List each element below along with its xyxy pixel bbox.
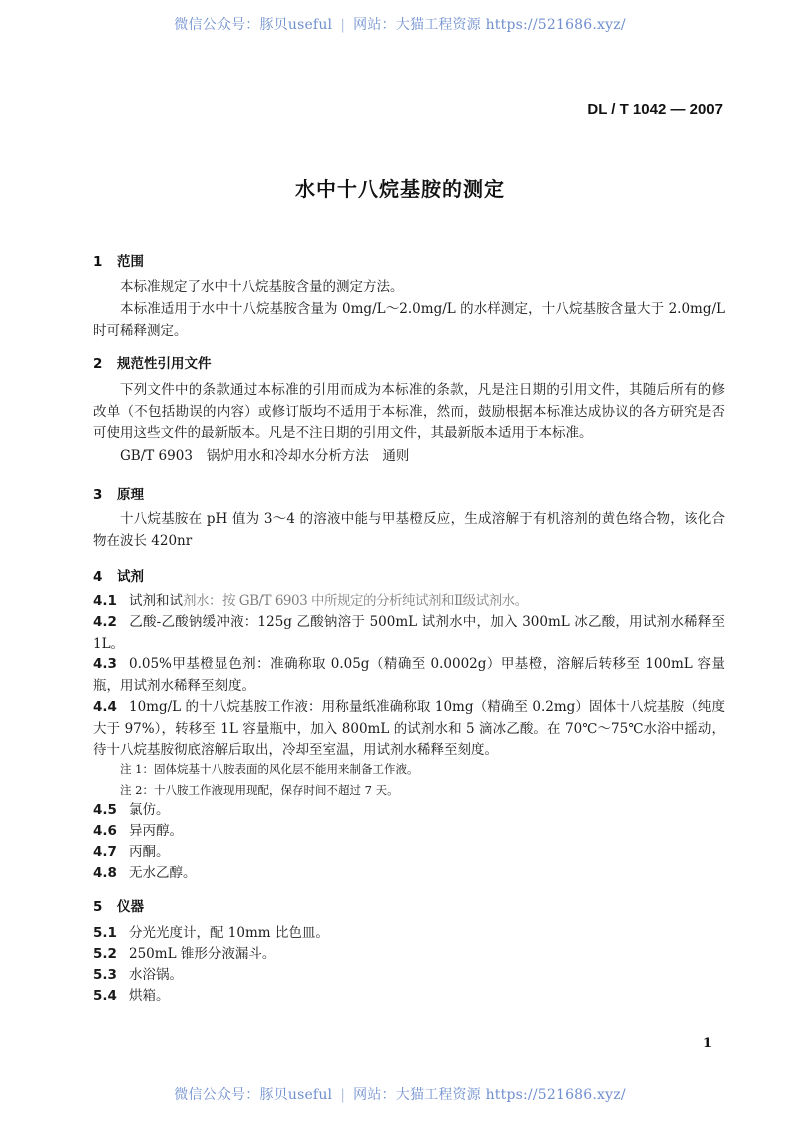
item-text: 250mL 锥形分液漏斗。 [129,946,275,962]
list-item-4-5: 4.5氯仿。 [93,800,725,822]
watermark-separator: | [340,1087,345,1103]
item-text: 丙酮。 [129,844,170,860]
section-number: 3 [93,487,117,503]
paragraph: 十八烷基胺在 pH 值为 3～4 的溶液中能与甲基橙反应，生成溶解于有机溶剂的黄… [93,509,725,552]
list-item-4-7: 4.7丙酮。 [93,842,725,864]
list-item-5-3: 5.3水浴锅。 [93,965,725,987]
section-number: 2 [93,356,117,372]
item-text: 无水乙醇。 [129,865,197,881]
note-2: 注 2：十八胺工作液现用现配，保存时间不超过 7 天。 [120,782,399,798]
watermark-left-text: 微信公众号：豚贝useful [174,17,332,33]
watermark-left-text: 微信公众号：豚贝useful [174,1087,332,1103]
page-number: 1 [703,1036,712,1051]
item-number: 4.3 [93,654,129,676]
item-number: 4.2 [93,612,129,634]
list-item-5-4: 5.4烘箱。 [93,986,725,1008]
section-title: 试剂 [117,569,144,585]
standard-code: DL / T 1042 — 2007 [587,101,723,118]
item-number: 4.8 [93,863,129,885]
section-heading-4: 4试剂 [93,565,144,585]
section-heading-1: 1范围 [93,250,144,270]
section-number: 5 [93,899,117,915]
item-text: 分光光度计，配 10mm 比色皿。 [129,925,329,941]
watermark-top: 微信公众号：豚贝useful|网站：大猫工程资源 https://521686.… [0,14,800,34]
list-item-4-2: 4.2乙酸-乙酸钠缓冲液：125g 乙酸钠溶于 500mL 试剂水中，加入 30… [93,612,725,655]
watermark-separator: | [340,17,345,33]
reference-title: 锅炉用水和冷却水分析方法 通则 [207,448,410,464]
item-text: 氯仿。 [129,802,170,818]
item-text: 水浴锅。 [129,967,183,983]
section-heading-5: 5仪器 [93,895,144,915]
section-number: 1 [93,254,117,270]
paragraph: 本标准规定了水中十八烷基胺含量的测定方法。 [93,277,725,299]
item-text: 烘箱。 [129,988,170,1004]
item-number: 4.1 [93,591,129,613]
item-text: 试剂和试 [129,593,183,609]
list-item-5-2: 5.2250mL 锥形分液漏斗。 [93,944,725,966]
list-item-4-3: 4.30.05%甲基橙显色剂：准确称取 0.05g（精确至 0.0002g）甲基… [93,654,725,697]
item-number: 4.6 [93,821,129,843]
item-number: 5.3 [93,965,129,987]
list-item-4-8: 4.8无水乙醇。 [93,863,725,885]
section-heading-3: 3原理 [93,483,144,503]
watermark-right-text: 网站：大猫工程资源 https://521686.xyz/ [353,1087,626,1103]
item-text: 乙酸-乙酸钠缓冲液：125g 乙酸钠溶于 500mL 试剂水中，加入 300mL… [93,614,725,652]
list-item-4-1: 4.1试剂和试剂水：按 GB/T 6903 中所规定的分析纯试剂和Ⅱ级试剂水。 [93,591,725,613]
item-number: 4.7 [93,842,129,864]
section-title: 原理 [117,487,144,503]
list-item-5-1: 5.1分光光度计，配 10mm 比色皿。 [93,923,725,945]
section-title: 范围 [117,254,144,270]
paragraph: 下列文件中的条款通过本标准的引用而成为本标准的条款，凡是注日期的引用文件，其随后… [93,380,725,445]
normative-reference: GB/T 6903锅炉用水和冷却水分析方法 通则 [120,444,409,464]
page-title: 水中十八烷基胺的测定 [0,173,800,202]
reference-code: GB/T 6903 [120,448,193,464]
section-number: 4 [93,569,117,585]
item-number: 4.5 [93,800,129,822]
watermark-bottom: 微信公众号：豚贝useful|网站：大猫工程资源 https://521686.… [0,1084,800,1104]
section-title: 仪器 [117,899,144,915]
list-item-4-6: 4.6异丙醇。 [93,821,725,843]
item-number: 5.4 [93,986,129,1008]
note-1: 注 1：固体烷基十八胺表面的风化层不能用来制备工作液。 [120,761,418,777]
item-text: 0.05%甲基橙显色剂：准确称取 0.05g（精确至 0.0002g）甲基橙，溶… [93,656,725,694]
paragraph: 本标准适用于水中十八烷基胺含量为 0mg/L～2.0mg/L 的水样测定，十八烷… [93,299,725,342]
item-number: 4.4 [93,697,129,719]
item-number: 5.1 [93,923,129,945]
list-item-4-4: 4.410mg/L 的十八烷基胺工作液：用称量纸准确称取 10mg（精确至 0.… [93,697,725,762]
item-text: 异丙醇。 [129,823,183,839]
item-number: 5.2 [93,944,129,966]
section-title: 规范性引用文件 [117,356,212,372]
item-text-garbled: 剂水：按 GB/T 6903 中所规定的分析纯试剂和Ⅱ级试剂水。 [183,593,528,609]
watermark-right-text: 网站：大猫工程资源 https://521686.xyz/ [353,17,626,33]
section-heading-2: 2规范性引用文件 [93,352,212,372]
item-text: 10mg/L 的十八烷基胺工作液：用称量纸准确称取 10mg（精确至 0.2mg… [93,699,725,758]
